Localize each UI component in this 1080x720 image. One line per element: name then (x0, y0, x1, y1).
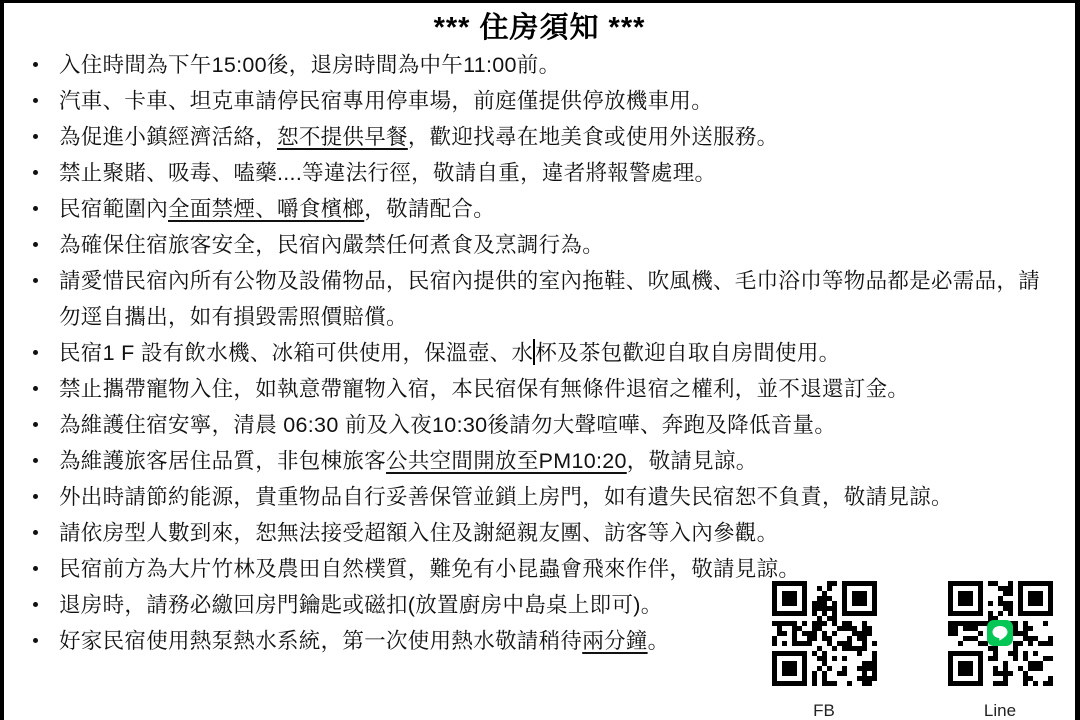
line-qr-code-icon (948, 581, 1052, 685)
page-title: *** 住房須知 *** (4, 5, 1075, 46)
line-chat-bubble-icon (987, 620, 1013, 646)
rule-text[interactable]: 請依房型人數到來，恕無法接受超額入住及謝絕親友團、訪客等入內參觀。 (59, 515, 1047, 551)
list-item[interactable]: 民宿1 F 設有飲水機、冰箱可供使用，保溫壺、水杯及茶包歡迎自取自房間使用。 (26, 335, 1047, 371)
rule-text-run: 外出時請節約能源，貴重物品自行妥善保管並鎖上房門，如有遺失民宿恕不負責，敬請見諒… (59, 485, 953, 509)
bullet-dot-icon (26, 335, 59, 355)
rule-text-run: 民宿1 F 設有飲水機、冰箱可供使用，保溫壺、水 (59, 341, 533, 365)
bullet-dot-icon (26, 407, 59, 427)
rule-text[interactable]: 民宿範圍內全面禁煙、嚼食檳榔，敬請配合。 (59, 191, 1047, 227)
rule-text[interactable]: 禁止聚賭、吸毒、嗑藥....等違法行徑，敬請自重，違者將報警處理。 (59, 155, 1047, 191)
rule-text[interactable]: 禁止攜帶寵物入住，如執意帶寵物入宿，本民宿保有無條件退宿之權利，並不退還訂金。 (59, 371, 1047, 407)
rule-text-run: ，敬請配合。 (364, 197, 495, 221)
list-item[interactable]: 入住時間為下午15:00後，退房時間為中午11:00前。 (26, 47, 1047, 83)
bullet-dot-icon (26, 443, 59, 463)
list-item[interactable]: 汽車、卡車、坦克車請停民宿專用停車場，前庭僅提供停放機車用。 (26, 83, 1047, 119)
rule-text-run: ，歡迎找尋在地美食或使用外送服務。 (408, 125, 779, 149)
bullet-dot-icon (26, 371, 59, 391)
bullet-dot-icon (26, 119, 59, 139)
list-item[interactable]: 民宿範圍內全面禁煙、嚼食檳榔，敬請配合。 (26, 191, 1047, 227)
bullet-dot-icon (26, 83, 59, 103)
rule-text-run: 請依房型人數到來，恕無法接受超額入住及謝絕親友團、訪客等入內參觀。 (59, 521, 778, 545)
list-item[interactable]: 為維護住宿安寧，清晨 06:30 前及入夜10:30後請勿大聲喧嘩、奔跑及降低音… (26, 407, 1047, 443)
rule-text[interactable]: 民宿1 F 設有飲水機、冰箱可供使用，保溫壺、水杯及茶包歡迎自取自房間使用。 (59, 335, 1047, 371)
rule-text-run: 禁止攜帶寵物入住，如執意帶寵物入宿，本民宿保有無條件退宿之權利，並不退還訂金。 (59, 377, 909, 401)
list-item[interactable]: 禁止攜帶寵物入住，如執意帶寵物入宿，本民宿保有無條件退宿之權利，並不退還訂金。 (26, 371, 1047, 407)
rule-text[interactable]: 外出時請節約能源，貴重物品自行妥善保管並鎖上房門，如有遺失民宿恕不負責，敬請見諒… (59, 479, 1047, 515)
rule-text-underlined: 公共空間開放至PM10:20 (386, 449, 627, 473)
fb-qr-label: FB (772, 701, 876, 720)
rule-text[interactable]: 請愛惜民宿內所有公物及設備物品，民宿內提供的室內拖鞋、吹風機、毛巾浴巾等物品都是… (59, 263, 1047, 335)
list-item[interactable]: 禁止聚賭、吸毒、嗑藥....等違法行徑，敬請自重，違者將報警處理。 (26, 155, 1047, 191)
rule-text-run: 民宿前方為大片竹林及農田自然樸質，難免有小昆蟲會飛來作伴，敬請見諒。 (59, 557, 800, 581)
bullet-dot-icon (26, 551, 59, 571)
rule-text-run: 入住時間為下午15:00後，退房時間為中午11:00前。 (59, 53, 560, 77)
bullet-dot-icon (26, 191, 59, 211)
list-item[interactable]: 為確保住宿旅客安全，民宿內嚴禁任何煮食及烹調行為。 (26, 227, 1047, 263)
bullet-dot-icon (26, 155, 59, 175)
list-item[interactable]: 為維護旅客居住品質，非包棟旅客公共空間開放至PM10:20，敬請見諒。 (26, 443, 1047, 479)
bullet-dot-icon (26, 227, 59, 247)
rule-text-run: 為促進小鎮經濟活絡， (59, 125, 277, 149)
bullet-dot-icon (26, 479, 59, 499)
qr-block-line: Line (948, 581, 1052, 720)
rule-text-run: 為維護旅客居住品質，非包棟旅客 (59, 449, 386, 473)
rule-text-run: 禁止聚賭、吸毒、嗑藥....等違法行徑，敬請自重，違者將報警處理。 (59, 161, 716, 185)
qr-block-fb: FB (772, 581, 876, 720)
rule-text-run: 汽車、卡車、坦克車請停民宿專用停車場，前庭僅提供停放機車用。 (59, 89, 713, 113)
rule-text-run: 為維護住宿安寧，清晨 06:30 前及入夜10:30後請勿大聲喧嘩、奔跑及降低音… (59, 413, 836, 437)
rule-text[interactable]: 為促進小鎮經濟活絡，恕不提供早餐，歡迎找尋在地美食或使用外送服務。 (59, 119, 1047, 155)
rule-text-run: 請愛惜民宿內所有公物及設備物品，民宿內提供的室內拖鞋、吹風機、毛巾浴巾等物品都是… (59, 269, 1040, 329)
rule-text-underlined: 全面禁煙、嚼食檳榔 (168, 197, 364, 221)
rule-text-run: 民宿範圍內 (59, 197, 168, 221)
bullet-dot-icon (26, 47, 59, 67)
line-qr-label: Line (948, 701, 1052, 720)
rule-text[interactable]: 為維護住宿安寧，清晨 06:30 前及入夜10:30後請勿大聲喧嘩、奔跑及降低音… (59, 407, 1047, 443)
rule-text-run: 杯及茶包歡迎自取自房間使用。 (535, 341, 840, 365)
list-item[interactable]: 為促進小鎮經濟活絡，恕不提供早餐，歡迎找尋在地美食或使用外送服務。 (26, 119, 1047, 155)
qr-area: FB Line (4, 581, 1075, 720)
fb-qr-code-icon (772, 581, 876, 685)
rule-text-underlined: 恕不提供早餐 (277, 125, 408, 149)
rule-text[interactable]: 為確保住宿旅客安全，民宿內嚴禁任何煮食及烹調行為。 (59, 227, 1047, 263)
bullet-dot-icon (26, 263, 59, 283)
rule-text[interactable]: 為維護旅客居住品質，非包棟旅客公共空間開放至PM10:20，敬請見諒。 (59, 443, 1047, 479)
rule-text-run: 為確保住宿旅客安全，民宿內嚴禁任何煮食及烹調行為。 (59, 233, 604, 257)
bullet-dot-icon (26, 515, 59, 535)
list-item[interactable]: 請依房型人數到來，恕無法接受超額入住及謝絕親友團、訪客等入內參觀。 (26, 515, 1047, 551)
rule-text[interactable]: 汽車、卡車、坦克車請停民宿專用停車場，前庭僅提供停放機車用。 (59, 83, 1047, 119)
rules-list: 入住時間為下午15:00後，退房時間為中午11:00前。汽車、卡車、坦克車請停民… (26, 47, 1047, 659)
house-rules-document: *** 住房須知 *** 入住時間為下午15:00後，退房時間為中午11:00前… (0, 0, 1080, 720)
rule-text[interactable]: 入住時間為下午15:00後，退房時間為中午11:00前。 (59, 47, 1047, 83)
list-item[interactable]: 請愛惜民宿內所有公物及設備物品，民宿內提供的室內拖鞋、吹風機、毛巾浴巾等物品都是… (26, 263, 1047, 335)
list-item[interactable]: 外出時請節約能源，貴重物品自行妥善保管並鎖上房門，如有遺失民宿恕不負責，敬請見諒… (26, 479, 1047, 515)
rule-text-run: ，敬請見諒。 (627, 449, 758, 473)
